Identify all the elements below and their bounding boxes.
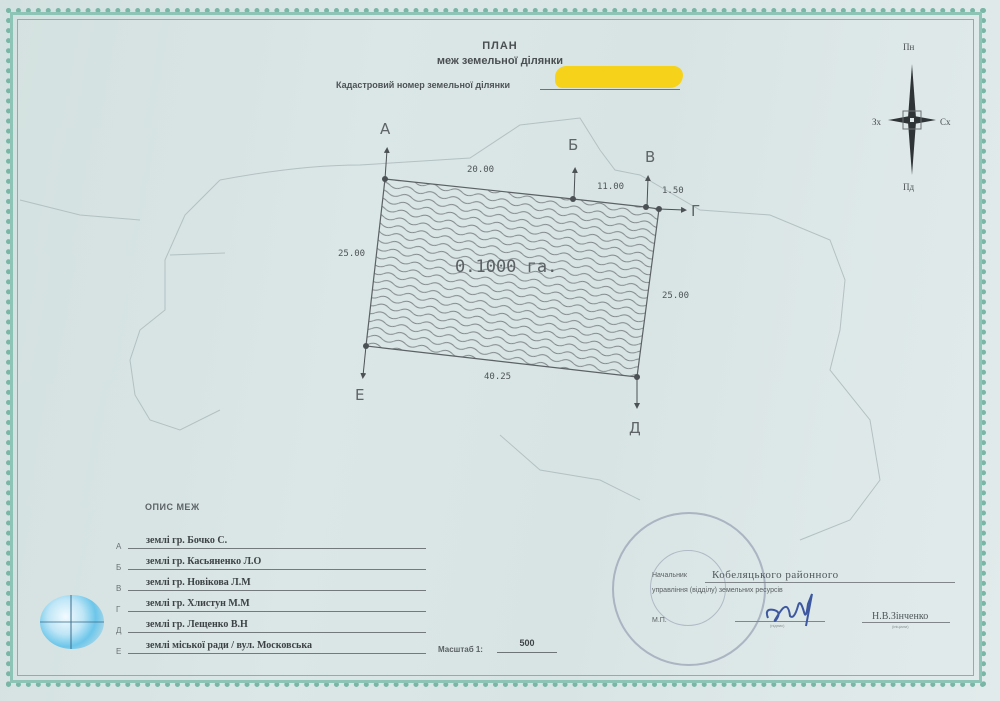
boundary-row: Д землі гр. Лещенко В.Н	[116, 611, 426, 631]
boundary-row: Б землі гр. Касьяненко Л.О	[116, 548, 426, 568]
dimension-a-b: 20.00	[467, 165, 494, 175]
boundary-text: землі гр. Новікова Л.М	[146, 577, 251, 588]
boundary-row: В землі гр. Новікова Л.М	[116, 569, 426, 589]
scale-value: 500	[497, 638, 557, 648]
boundary-text: землі гр. Касьяненко Л.О	[146, 556, 261, 567]
boundary-underline	[128, 653, 426, 654]
point-label-b: Б	[568, 136, 578, 154]
boundary-row: А землі гр. Бочко С.	[116, 527, 426, 547]
point-label-e: Е	[355, 386, 364, 404]
signatory-name: Н.В.Зінченко	[872, 611, 928, 622]
boundary-text: землі гр. Бочко С.	[146, 535, 227, 546]
document-sheet: ПЛАН меж земельної ділянки Кадастровий н…	[0, 0, 1000, 701]
compass-rose-icon	[888, 64, 936, 175]
dimension-b-v: 11.00	[597, 182, 624, 192]
dimension-e-a: 25.00	[338, 249, 365, 259]
hologram-seal-icon	[40, 595, 104, 649]
boundary-row: Е землі міської ради / вул. Московська	[116, 632, 426, 652]
dimension-d-e: 40.25	[484, 372, 511, 382]
boundary-letter: Е	[116, 647, 121, 656]
parcel-area-label: 0.1000 га.	[455, 257, 557, 277]
boundary-row: Г землі гр. Хлистун М.М	[116, 590, 426, 610]
signatory-organization-line1: Кобеляцького районного	[712, 569, 839, 581]
boundaries-title: ОПИС МЕЖ	[145, 502, 200, 512]
signatory-name-underline	[862, 622, 950, 623]
signatory-role-label: Начальник	[652, 572, 687, 579]
boundary-text: землі гр. Лещенко В.Н	[146, 619, 248, 630]
scale-underline	[497, 652, 557, 653]
parcel-polygon	[366, 179, 659, 377]
point-label-g: Г	[691, 202, 700, 220]
boundary-text: землі міської ради / вул. Московська	[146, 640, 312, 651]
handwritten-signature-icon	[760, 590, 820, 630]
point-label-d: Д	[629, 419, 641, 437]
dimension-v-g: 1.50	[662, 186, 684, 196]
signatory-name-sublabel: (ініціали)	[892, 624, 909, 629]
dimension-g-d: 25.00	[662, 291, 689, 301]
point-label-v: В	[645, 148, 655, 166]
boundary-text: землі гр. Хлистун М.М	[146, 598, 250, 609]
scale-label: Масштаб 1:	[438, 645, 483, 654]
seal-place-label: М.П.	[652, 617, 667, 624]
point-label-a: А	[380, 120, 391, 138]
signatory-organization-underline	[705, 582, 955, 583]
